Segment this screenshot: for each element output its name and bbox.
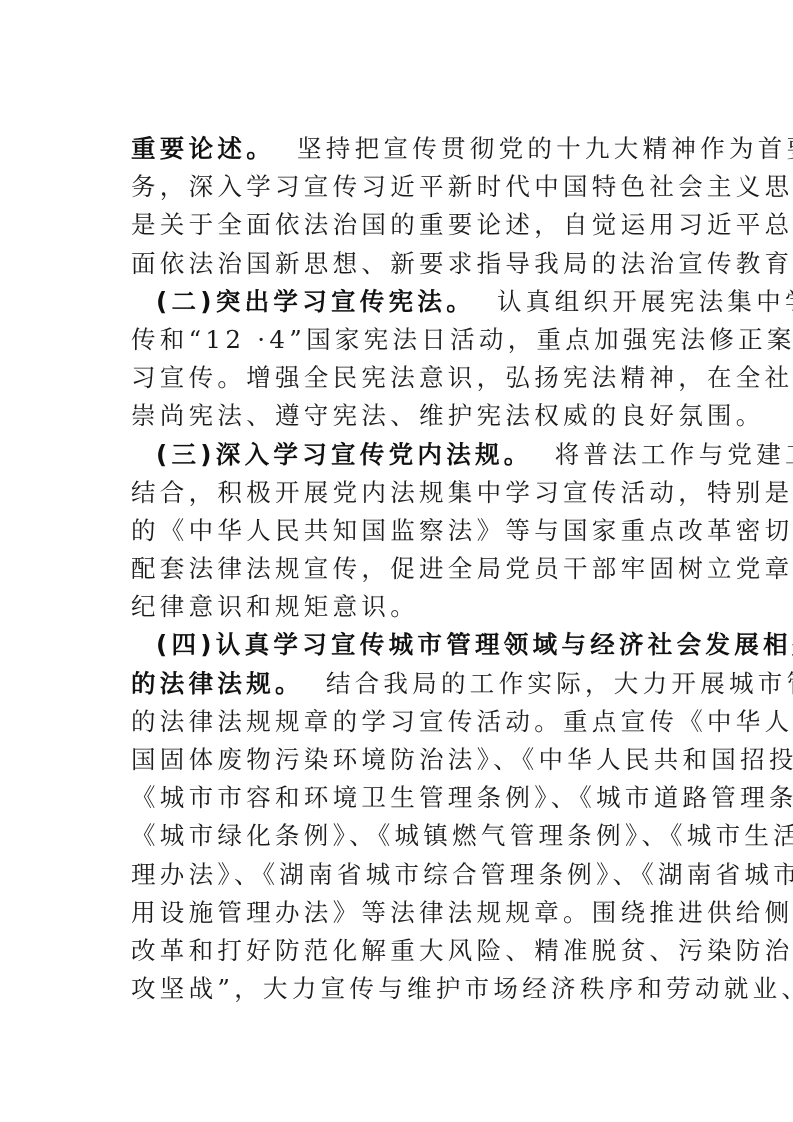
paragraph-line: 改革和打好防范化解重大风险、精准脱贫、污染防治“三大: [131, 932, 666, 970]
paragraph-line: (二)突出学习宣传宪法。认真组织开展宪法集中学习宣: [131, 283, 666, 321]
paragraph-line: 面依法治国新思想、新要求指导我局的法治宣传教育工作。: [131, 245, 666, 283]
paragraph-line: 重要论述。坚持把宣传贯彻党的十九大精神作为首要政治任: [131, 130, 666, 168]
section-heading: (三)深入学习宣传党内法规。: [156, 440, 533, 469]
paragraph-line: 《城市市容和环境卫生管理条例》、《城市道路管理条例》、: [131, 779, 666, 817]
paragraph-line: 崇尚宪法、遵守宪法、维护宪法权威的良好氛围。: [131, 397, 666, 435]
paragraph-line: 习宣传。增强全民宪法意识，弘扬宪法精神，在全社会形成: [131, 359, 666, 397]
paragraph-line: 结合，积极开展党内法规集中学习宣传活动，特别是新颁布: [131, 474, 666, 512]
paragraph-line: 的《中华人民共知国监察法》等与国家重点改革密切相关的: [131, 512, 666, 550]
paragraph-line: (三)深入学习宣传党内法规。将普法工作与党建工作相: [131, 436, 666, 474]
paragraph-line: 是关于全面依法治国的重要论述，自觉运用习近平总书记全: [131, 206, 666, 244]
paragraph-text: 坚持把宣传贯彻党的十九大精神作为首要政治任: [297, 134, 793, 163]
paragraph-line: 用设施管理办法》等法律法规规章。围绕推进供给侧结构性: [131, 894, 666, 932]
paragraph-4: (四)认真学习宣传城市管理领域与经济社会发展相关 的法律法规。结合我局的工作实际…: [131, 626, 666, 1008]
paragraph-text: 将普法工作与党建工作相: [555, 440, 793, 469]
paragraph-line: 攻坚战”，大力宣传与维护市场经济秩序和劳动就业、社会: [131, 970, 666, 1008]
paragraph-text: 认真组织开展宪法集中学习宣: [497, 287, 793, 316]
section-heading: 重要论述。: [131, 134, 275, 163]
paragraph-line: 纪律意识和规矩意识。: [131, 588, 666, 626]
paragraph-3: (三)深入学习宣传党内法规。将普法工作与党建工作相 结合，积极开展党内法规集中学…: [131, 436, 666, 627]
section-heading: (四)认真学习宣传城市管理领域与经济社会发展相关: [131, 626, 666, 664]
paragraph-2: (二)突出学习宣传宪法。认真组织开展宪法集中学习宣 传和“12 ·4”国家宪法日…: [131, 283, 666, 436]
paragraph-line: 国固体废物污染环境防治法》、《中华人民共和国招投标法》、: [131, 741, 666, 779]
paragraph-line: 传和“12 ·4”国家宪法日活动，重点加强宪法修正案的学: [131, 321, 666, 359]
paragraph-text: 结合我局的工作实际，大力开展城市管理领域: [326, 669, 793, 698]
paragraph-line: 配套法律法规宣传，促进全局党员干部牢固树立党章意识、: [131, 550, 666, 588]
section-heading: (二)突出学习宣传宪法。: [156, 287, 475, 316]
paragraph-line: 理办法》、《湖南省城市综合管理条例》、《湖南省城市市政公: [131, 856, 666, 894]
paragraph-line: 的法律法规。结合我局的工作实际，大力开展城市管理领域: [131, 665, 666, 703]
paragraph-1: 重要论述。坚持把宣传贯彻党的十九大精神作为首要政治任 务，深入学习宣传习近平新时…: [131, 130, 666, 283]
paragraph-line: 的法律法规规章的学习宣传活动。重点宣传《中华人民共和: [131, 703, 666, 741]
paragraph-line: 务，深入学习宣传习近平新时代中国特色社会主义思想特别: [131, 168, 666, 206]
section-heading-continued: 的法律法规。: [131, 669, 304, 698]
document-page: 重要论述。坚持把宣传贯彻党的十九大精神作为首要政治任 务，深入学习宣传习近平新时…: [131, 130, 666, 1008]
paragraph-line: 《城市绿化条例》、《城镇燃气管理条例》、《城市生活垃圾管: [131, 817, 666, 855]
